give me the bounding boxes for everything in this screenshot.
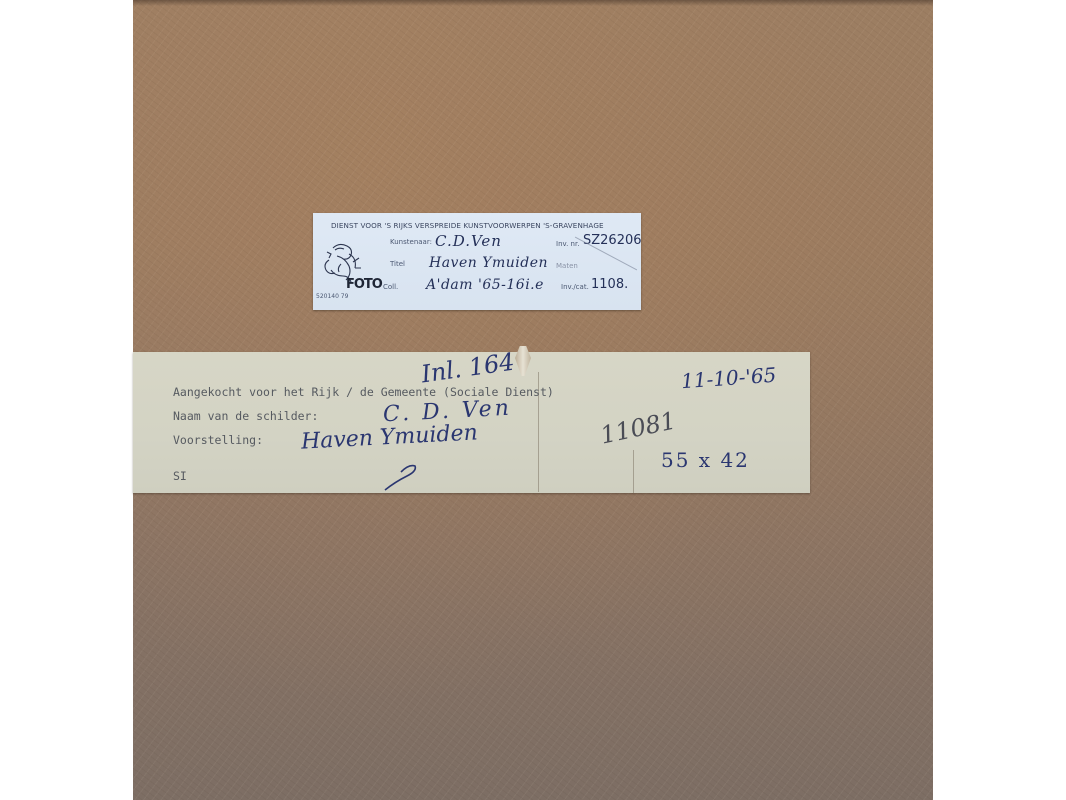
typed-subject-label: Voorstelling: — [173, 433, 263, 447]
subject-title: Haven Ymuiden — [300, 420, 478, 454]
dimensions: 55 x 42 — [661, 448, 750, 472]
titel-value: Haven Ymuiden — [429, 255, 548, 271]
coll-value: A'dam '65-16i.e — [426, 277, 544, 293]
serial-number: 520140 79 — [316, 293, 348, 300]
inv-cat-value: 1108. — [591, 277, 628, 292]
date-annotation: 11-10-'65 — [680, 363, 777, 394]
typed-painter-label: Naam van de schilder: — [173, 409, 318, 423]
rijks-inventory-label: DIENST VOOR 'S RIJKS VERSPREIDE KUNSTVOO… — [313, 213, 641, 310]
inv-cat-label: Inv./cat. — [561, 283, 589, 291]
maten-label: Maten — [556, 262, 578, 270]
fold-line — [633, 450, 634, 493]
titel-label: Titel — [390, 260, 405, 268]
coll-label: Coll. — [383, 283, 398, 291]
pen-stroke-mark — [383, 464, 423, 492]
pencil-inventory-number: 11081 — [598, 406, 679, 449]
kunstenaar-label: Kunstenaar: — [390, 238, 432, 246]
label-header: DIENST VOOR 'S RIJKS VERSPREIDE KUNSTVOO… — [331, 221, 604, 230]
foto-logo-text: FOTO — [346, 277, 382, 292]
acquisition-label: Inl. 164 11-10-'65 Aangekocht voor het R… — [133, 352, 810, 493]
typed-initials: SI — [173, 469, 187, 483]
inv-nr-label: Inv. nr. — [556, 240, 579, 248]
kunstenaar-value: C.D.Ven — [435, 232, 502, 250]
annotation-inl: Inl. 164 — [420, 348, 517, 389]
